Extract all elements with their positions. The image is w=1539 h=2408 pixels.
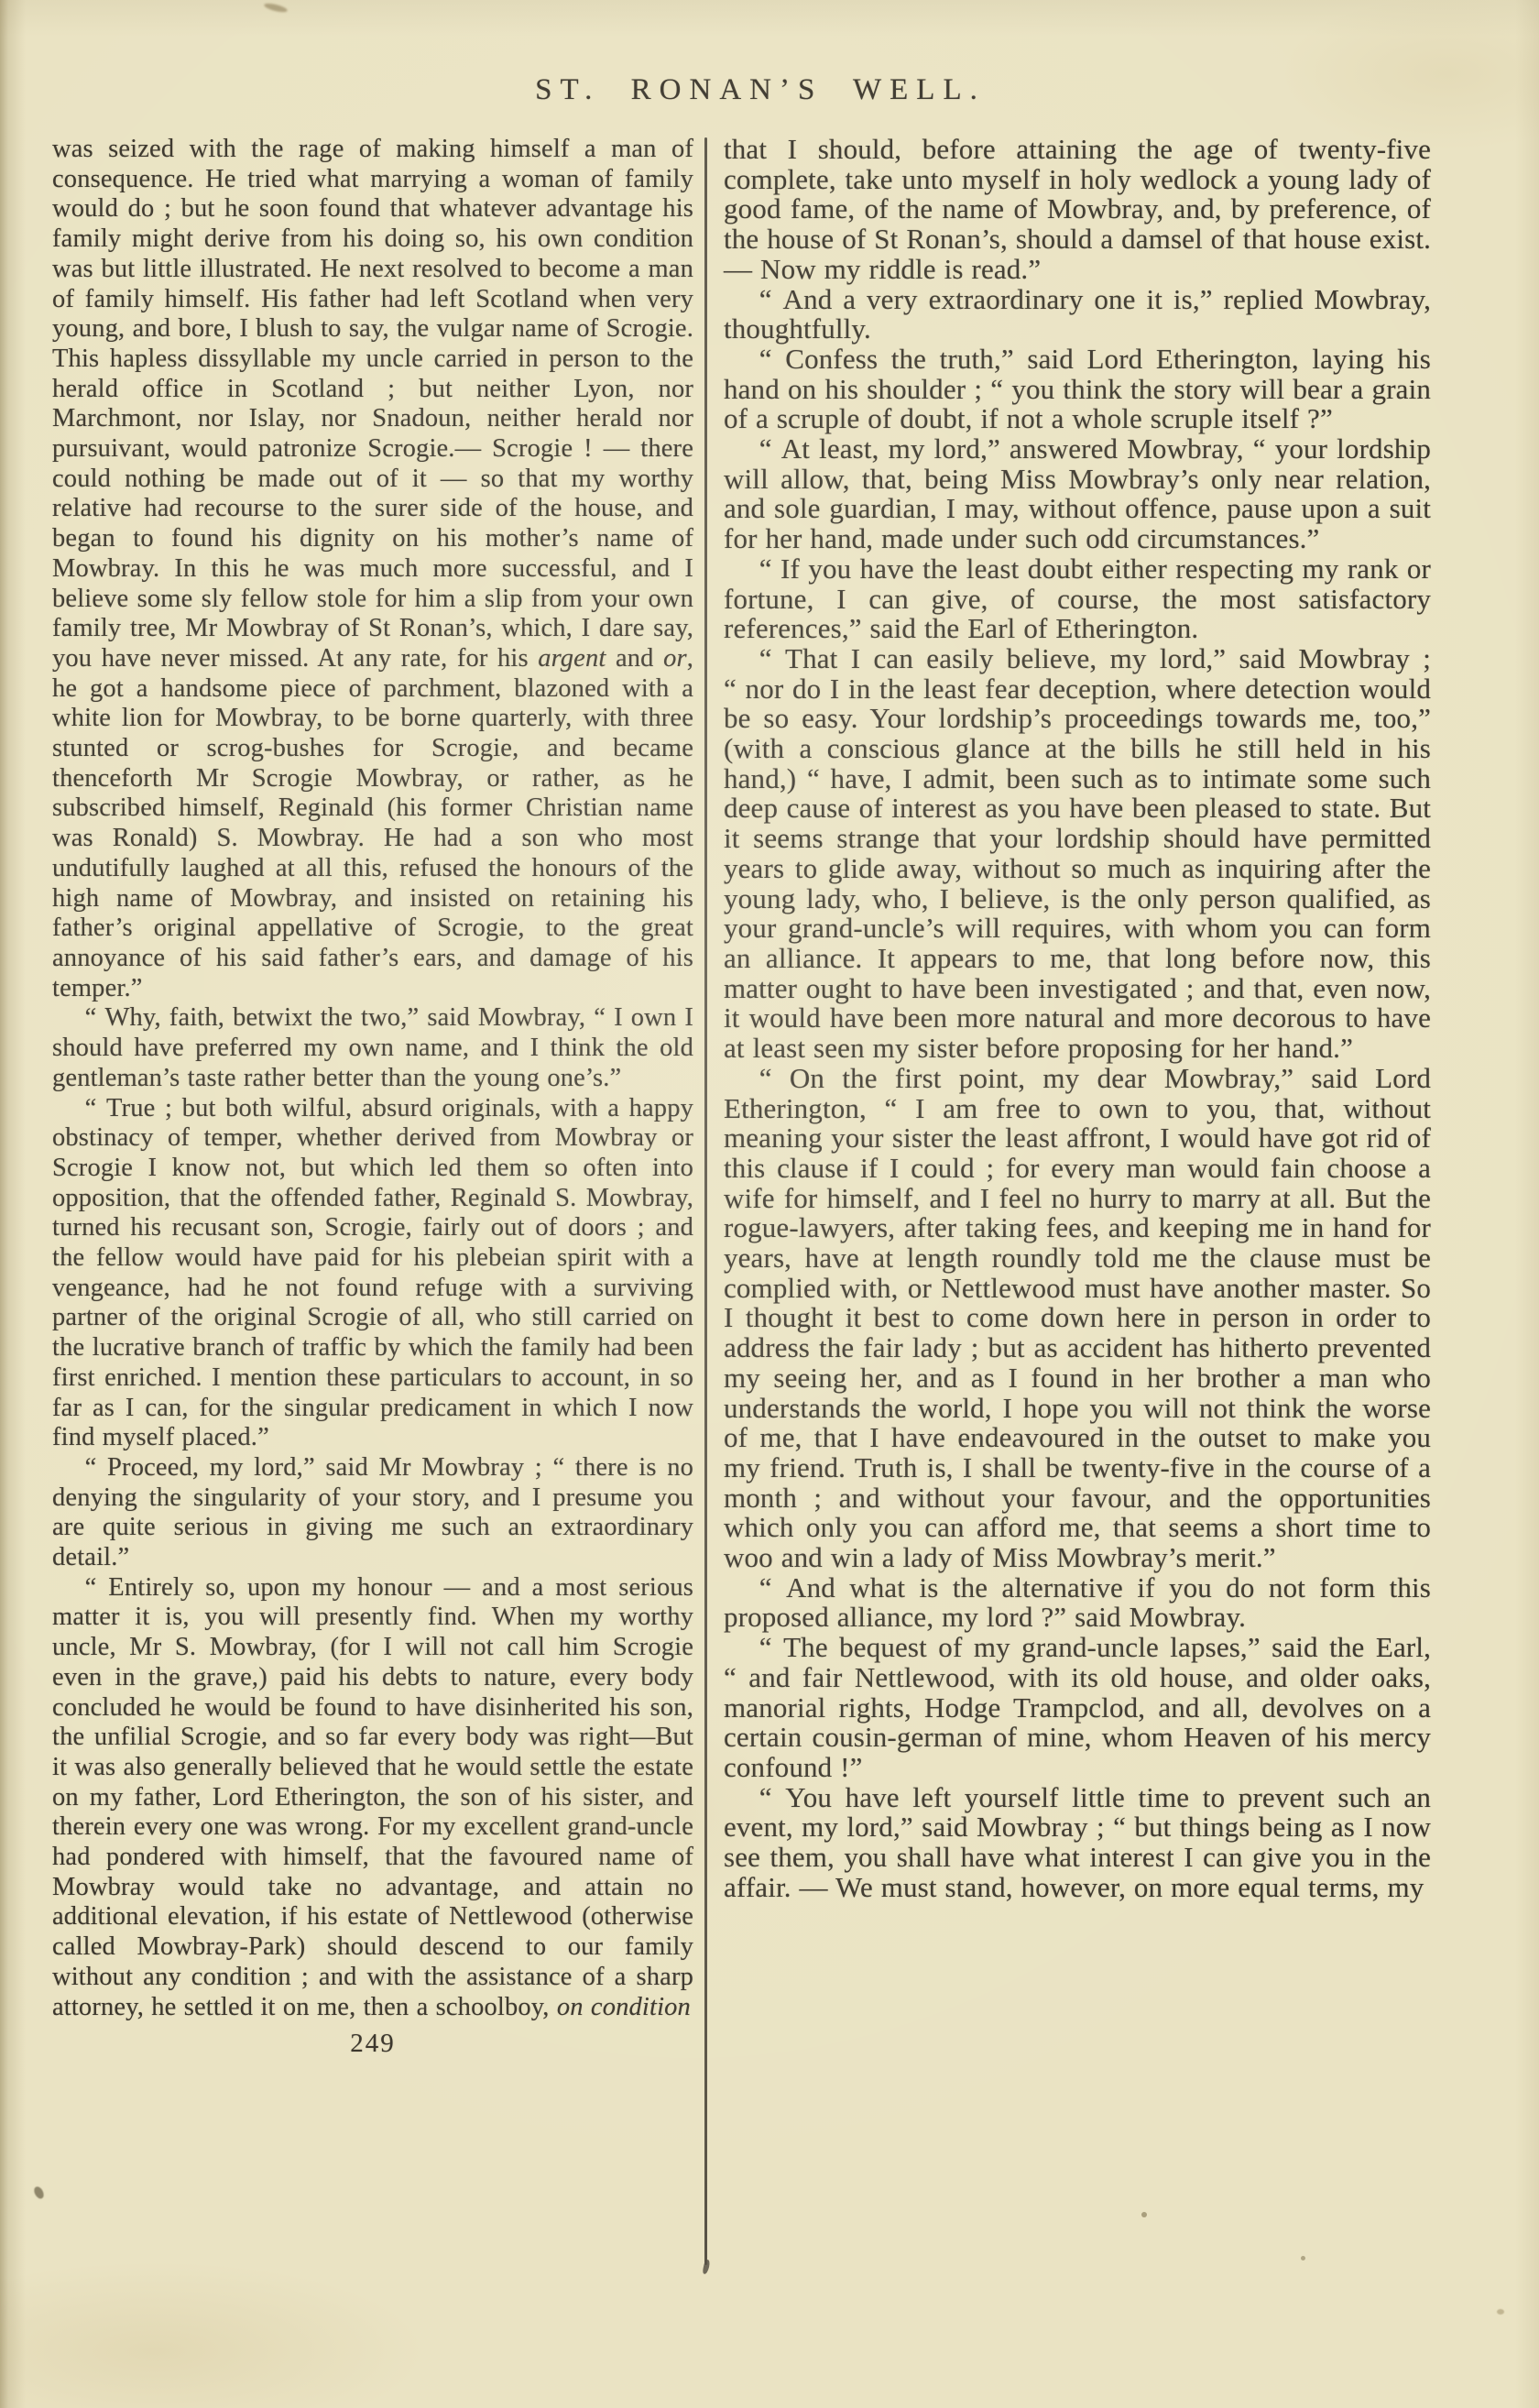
text-run: “ And what is the alternative if you do … <box>724 1571 1431 1634</box>
scan-speck <box>32 2185 46 2201</box>
scan-speck <box>1301 2256 1305 2260</box>
text-run: and <box>606 644 663 673</box>
text-run: “ True ; but both wilful, absurd origina… <box>52 1094 693 1452</box>
paragraph: “ The bequest of my grand-uncle lapses,”… <box>724 1633 1431 1783</box>
text-run: “ You have left yourself little time to … <box>724 1781 1431 1903</box>
text-run: was seized with the rage of making himse… <box>52 135 693 673</box>
text-run: “ Entirely so, upon my honour — and a mo… <box>52 1573 693 2021</box>
scan-speck <box>264 2 289 14</box>
italic-text: on condition <box>557 1993 691 2021</box>
paragraph: “ Entirely so, upon my honour — and a mo… <box>52 1573 693 2023</box>
paragraph: “ If you have the least doubt either res… <box>724 554 1431 644</box>
text-run: “ Why, faith, betwixt the two,” said Mow… <box>52 1003 693 1091</box>
text-run: “ That I can easily believe, my lord,” s… <box>724 642 1431 1064</box>
text-run: “ If you have the least doubt either res… <box>724 553 1431 644</box>
paragraph: “ True ; but both wilful, absurd origina… <box>52 1094 693 1453</box>
text-run: “ Proceed, my lord,” said Mr Mowbray ; “… <box>52 1453 693 1571</box>
paragraph: was seized with the rage of making himse… <box>52 135 693 1003</box>
left-text-column: was seized with the rage of making himse… <box>52 135 693 2059</box>
text-run: “ The bequest of my grand-uncle lapses,”… <box>724 1631 1431 1783</box>
text-run: that I should, before attaining the age … <box>724 133 1431 285</box>
italic-text: or <box>663 644 687 673</box>
left-column-paragraphs: was seized with the rage of making himse… <box>52 135 693 2022</box>
scan-speck <box>1141 2212 1147 2217</box>
text-run: “ At least, my lord,” answered Mowbray, … <box>724 432 1431 554</box>
page-number: 249 <box>52 2028 693 2059</box>
paragraph: “ And what is the alternative if you do … <box>724 1573 1431 1633</box>
text-run: “ On the first point, my dear Mowbray,” … <box>724 1062 1431 1573</box>
running-head-title: ST. RONAN’S WELL. <box>0 70 1521 110</box>
paragraph: that I should, before attaining the age … <box>724 135 1431 285</box>
paragraph: “ On the first point, my dear Mowbray,” … <box>724 1064 1431 1573</box>
scanned-book-page: ST. RONAN’S WELL. was seized with the ra… <box>0 0 1539 2408</box>
text-run: “ And a very extraordinary one it is,” r… <box>724 283 1431 345</box>
text-run: “ Confess the truth,” said Lord Ethering… <box>724 343 1431 434</box>
paragraph: “ Why, faith, betwixt the two,” said Mow… <box>52 1003 693 1093</box>
right-column-paragraphs: that I should, before attaining the age … <box>724 135 1431 1902</box>
paragraph: “ Confess the truth,” said Lord Ethering… <box>724 345 1431 434</box>
scan-speck <box>1497 2309 1504 2315</box>
paragraph: “ And a very extraordinary one it is,” r… <box>724 285 1431 345</box>
paragraph: “ That I can easily believe, my lord,” s… <box>724 644 1431 1064</box>
paragraph: “ Proceed, my lord,” said Mr Mowbray ; “… <box>52 1453 693 1573</box>
italic-text: argent <box>538 644 606 673</box>
paragraph: “ At least, my lord,” answered Mowbray, … <box>724 434 1431 554</box>
column-divider-rule <box>704 137 707 2265</box>
right-text-column: that I should, before attaining the age … <box>724 135 1431 1902</box>
paragraph: “ You have left yourself little time to … <box>724 1783 1431 1903</box>
text-run: , he got a handsome piece of parchment, … <box>52 644 693 1002</box>
